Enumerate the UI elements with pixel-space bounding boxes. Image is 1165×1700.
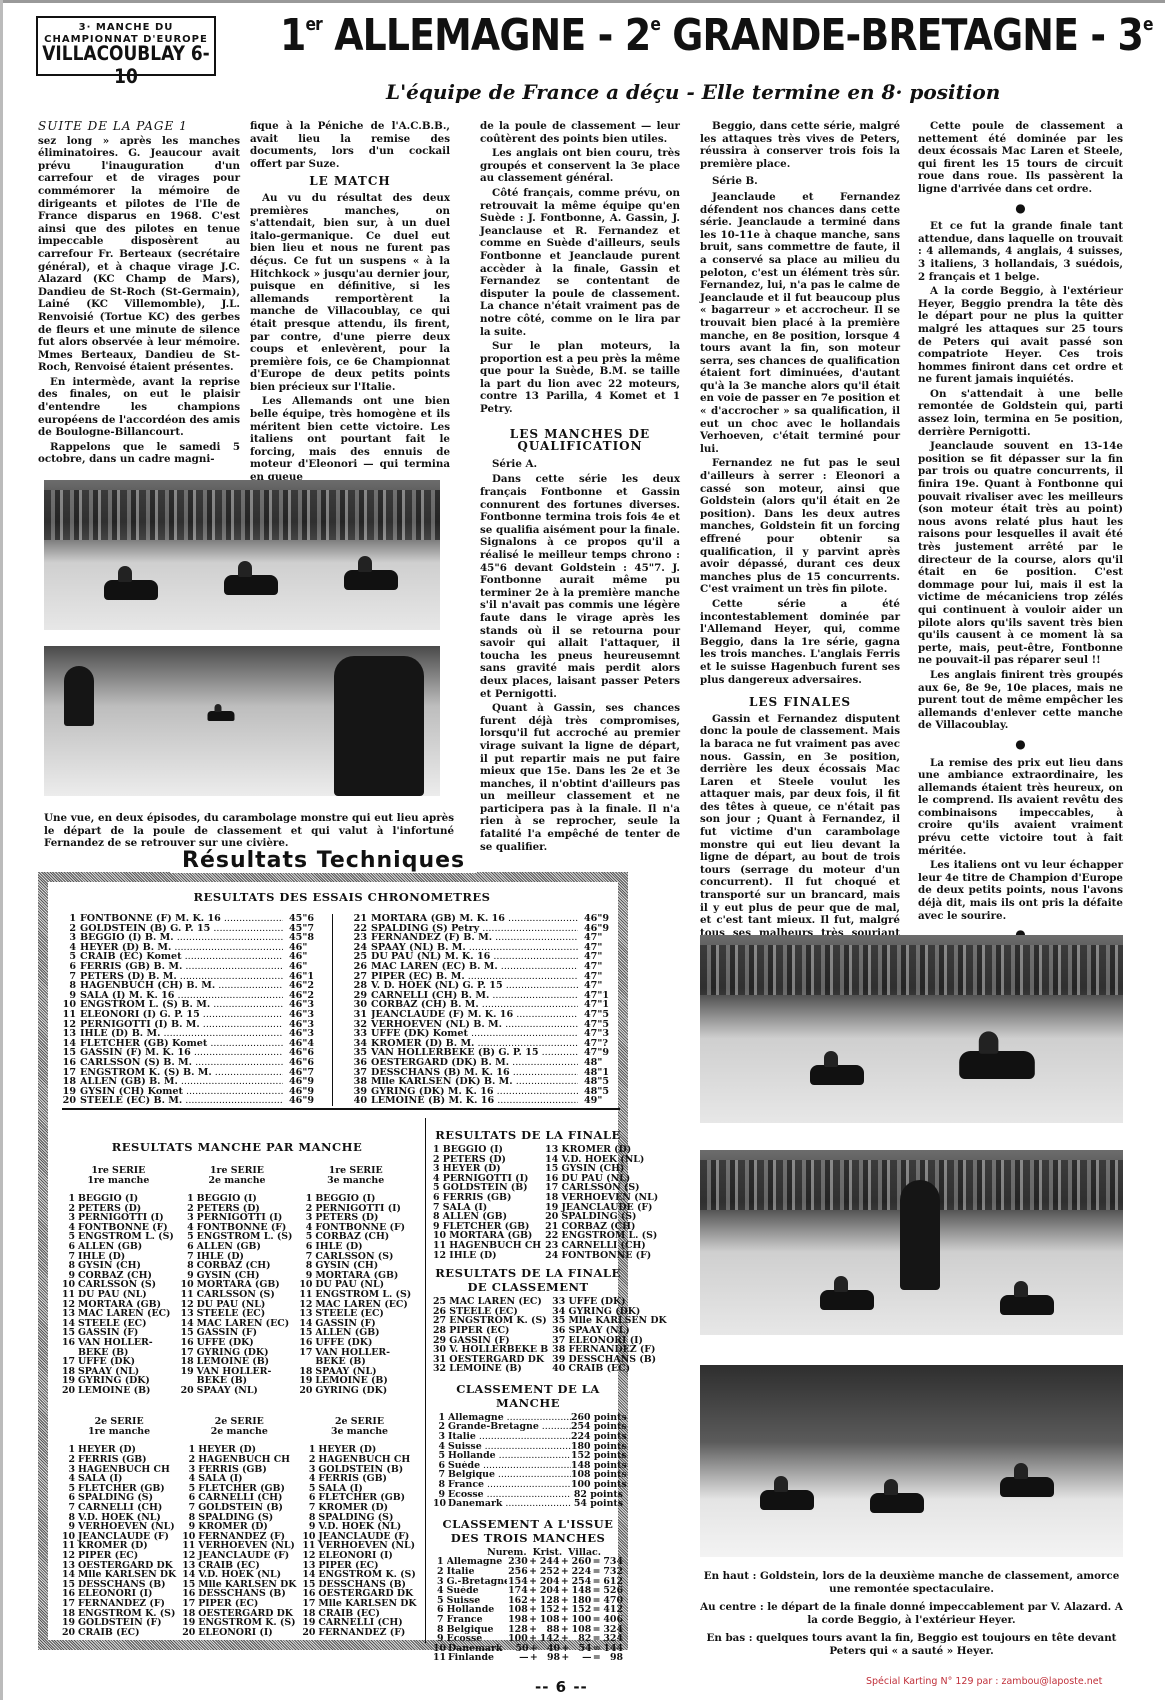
table-row: 5CRAIB (EC) Komet46": [62, 952, 327, 962]
list-item: 17 CARLSSON (S): [545, 1183, 658, 1193]
list-item: 29 GASSIN (F): [433, 1336, 548, 1346]
photo-crash-episode-2: [44, 646, 440, 796]
driver-name: LEMOINE (B): [78, 1385, 150, 1396]
table-row: 9SALA (I) M. K. 1646"2: [62, 991, 327, 1001]
kart-shape: [224, 575, 278, 595]
manche-block: 2e SERIE1re manche1HEYER (D)2FERRIS (GB)…: [62, 1417, 176, 1637]
page-headline: 1er ALLEMAGNE - 2e GRANDE-BRETAGNE - 3e …: [280, 14, 1037, 58]
rank: 20: [302, 1628, 315, 1638]
driver-entry: FLETCHER (GB) Komet: [80, 1039, 283, 1049]
article-column-3: de la poule de classement — leur coûtère…: [480, 120, 680, 855]
lap-time: 47"5: [578, 1010, 622, 1020]
badge-line-1: 3· MANCHE DU: [38, 22, 214, 34]
rank: 19: [181, 1367, 194, 1377]
table-row: 40LEMOINE (B) M. K. 1649": [353, 1096, 622, 1106]
lap-time: 48": [578, 1058, 622, 1068]
lap-time: 47"1: [578, 991, 622, 1001]
headline-rank-1-suffix: er: [305, 14, 321, 35]
manche-label: 3e manche: [299, 1176, 412, 1186]
rank: 14: [62, 1039, 76, 1049]
serie-a-label: Série A.: [480, 458, 680, 471]
list-item: 33 UFFE (DK): [552, 1297, 667, 1307]
lap-time: 47": [578, 981, 622, 991]
list-item: 20CRAIB (EC): [62, 1628, 176, 1638]
rank: 6: [62, 962, 76, 972]
table-row: 39GYRING (DK) M. K. 1648"5: [353, 1087, 622, 1097]
essais-right-column: 21MORTARA (GB) M. K. 1646"922SPALDING (S…: [332, 914, 622, 1106]
plus-sign: +: [560, 1653, 571, 1663]
rank: 20: [182, 1628, 195, 1638]
paragraph: fique à la Péniche de l'A.C.B.B., avait …: [250, 120, 450, 170]
country: Suède: [447, 1586, 507, 1596]
driver-entry: ENGSTROM K. (S) B. M.: [80, 1068, 283, 1078]
headline-rank-3-suffix: e: [1143, 14, 1153, 35]
table-row: 29CARNELLI (CH) B. M.47"1: [353, 991, 622, 1001]
lap-time: 46"2: [283, 981, 327, 991]
rank: 3: [62, 933, 76, 943]
driver-entry: MORTARA (GB) M. K. 16: [371, 914, 578, 924]
manche-block-heading: 2e SERIE1re manche: [62, 1417, 176, 1437]
lap-time: 46"3: [283, 1000, 327, 1010]
country: Suisse: [447, 1596, 507, 1606]
table-row: 26MAC LAREN (EC) B. M.47": [353, 962, 622, 972]
paragraph: Cette poule de classement a nettement ét…: [918, 120, 1123, 196]
kart-shape: [104, 580, 158, 600]
lap-time: 45"6: [283, 914, 327, 924]
event-badge: 3· MANCHE DU CHAMPIONNAT D'EUROPE VILLAC…: [36, 16, 216, 76]
list-item: 11 HAGENBUCH CH: [433, 1241, 541, 1251]
list-item: 24 FONTBONNE (F): [545, 1251, 658, 1261]
country: Belgique: [448, 1470, 571, 1480]
photo-person-figure: [64, 666, 94, 726]
headline-rank-3: 3: [1118, 10, 1143, 61]
article-column-4: Beggio, dans cette série, malgré les att…: [700, 120, 900, 992]
article-column-5: Cette poule de classement a nettement ét…: [918, 120, 1123, 974]
finale-classement-table: 25 MAC LAREN (EC)26 STEELE (EC)27 ENGSTR…: [433, 1297, 623, 1374]
results-title: Résultats Techniques: [170, 848, 477, 873]
manche-block: 2e SERIE2e manche1HEYER (D)2HAGENBUCH CH…: [182, 1417, 296, 1637]
rank: 40: [353, 1096, 367, 1106]
paragraph: Jeanclaude souvent en 13-14e position se…: [918, 440, 1123, 667]
list-item: 20LEMOINE (B): [62, 1386, 175, 1396]
table-row: 20STEELE (EC) B. M.46"9: [62, 1096, 327, 1106]
table-row: 10ENGSTROM L. (S) B. M.46"3: [62, 1000, 327, 1010]
list-item: 36 SPAAY (NL): [552, 1326, 667, 1336]
manche-block-heading: 2e SERIE2e manche: [182, 1417, 296, 1437]
driver-entry: ALLEN (GB) B. M.: [80, 1077, 283, 1087]
lap-time: 48"5: [578, 1087, 622, 1097]
paragraph: Dans cette série les deux français Fontb…: [480, 473, 680, 700]
rank: 38: [353, 1077, 367, 1087]
driver-entry: V. D. HOEK (NL) G. P. 15: [371, 981, 578, 991]
points: 54 points: [571, 1499, 623, 1509]
kart-shape: [1000, 1295, 1054, 1315]
rank: 29: [353, 991, 367, 1001]
country: France: [448, 1480, 571, 1490]
finale-table: 1 BEGGIO (I)2 PETERS (D)3 HEYER (D)4 PER…: [433, 1145, 623, 1260]
driver-name: GYRING (DK): [315, 1385, 387, 1396]
list-item: 25 MAC LAREN (EC): [433, 1297, 548, 1307]
photo-goldstein-remontee: [700, 935, 1123, 1123]
lap-time: 46": [283, 962, 327, 972]
lap-time: 46"9: [578, 924, 622, 934]
driver-entry: DESSCHANS (B) M. K. 16: [371, 1068, 578, 1078]
kart-shape: [208, 711, 235, 721]
lap-time: 48"1: [578, 1068, 622, 1078]
lap-time: 46"3: [283, 1020, 327, 1030]
lap-time: 47": [578, 933, 622, 943]
table-row: 30CORBAZ (CH) B. M.47"1: [353, 1000, 622, 1010]
headline-rank-2: 2: [625, 10, 650, 61]
classement-trois-heading: CLASSEMENT A L'ISSUE DES TROIS MANCHES: [433, 1517, 623, 1545]
page-subheadline: L'équipe de France a déçu - Elle termine…: [386, 80, 1000, 104]
table-row: 8HAGENBUCH (CH) B. M.46"2: [62, 981, 327, 991]
driver-entry: STEELE (EC) B. M.: [80, 1096, 283, 1106]
scan-credit: Spécial Karting N° 129 par : zambou@lapo…: [866, 1676, 1102, 1687]
finale-classement-left-column: 25 MAC LAREN (EC)26 STEELE (EC)27 ENGSTR…: [433, 1297, 548, 1374]
driver-entry: GASSIN (F) M. K. 16: [80, 1048, 283, 1058]
table-row: 36OESTERGARD (DK) B. M.48": [353, 1058, 622, 1068]
rank: 39: [353, 1087, 367, 1097]
list-item: 20 SPALDING (S): [545, 1212, 658, 1222]
list-item: 14 V.D. HOEK (NL): [545, 1155, 658, 1165]
driver-entry: BEGGIO (I) B. M.: [80, 933, 283, 943]
rank: 37: [353, 1068, 367, 1078]
table-row: 7PETERS (D) B. M.46"1: [62, 972, 327, 982]
paragraph: Côté français, comme prévu, on retrouvai…: [480, 187, 680, 338]
score-kristianstad: 98: [539, 1653, 560, 1663]
country: Allemagne: [447, 1557, 507, 1567]
country: Suède: [448, 1461, 571, 1471]
rank: 8: [62, 981, 76, 991]
rank: 20: [62, 1628, 75, 1638]
lap-time: 46"9: [578, 914, 622, 924]
essais-heading: RESULTATS DES ESSAIS CHRONOMETRES: [62, 890, 622, 904]
list-item: 10 MORTARA (GB): [433, 1231, 541, 1241]
list-item: 6 FERRIS (GB): [433, 1193, 541, 1203]
kart-shape: [820, 1290, 874, 1310]
rank: 12: [62, 1020, 76, 1030]
manche-block-heading: 2e SERIE3e manche: [302, 1417, 416, 1437]
list-item: 8 ALLEN (GB): [433, 1212, 541, 1222]
rank: 16: [62, 1338, 75, 1348]
rank: 11: [62, 1010, 76, 1020]
photo-finale-start: [700, 1150, 1123, 1335]
driver-entry: GYRING (DK) M. K. 16: [371, 1087, 578, 1097]
classement-trois-rows: 1Allemagne230+244+260=7342Italie256+252+…: [433, 1557, 623, 1663]
paragraph: Les anglais finirent très groupés aux 6e…: [918, 669, 1123, 732]
driver-entry: VAN HOLLERBEKE (B) G. P. 15: [371, 1048, 578, 1058]
table-row: 25DU PAU (NL) M. K. 1647": [353, 952, 622, 962]
list-item: 35 Mlle KARLSEN DK: [552, 1316, 667, 1326]
rank: 26: [353, 962, 367, 972]
lap-time: 45"8: [283, 933, 327, 943]
table-row: 23FERNANDEZ (F) B. M.47": [353, 933, 622, 943]
finale-heading: RESULTATS DE LA FINALE: [433, 1128, 623, 1142]
paragraph: On s'attendait à une belle remontée de G…: [918, 388, 1123, 438]
photo-person-figure: [334, 656, 424, 796]
manche-block-heading: 1re SERIE3e manche: [299, 1166, 412, 1186]
table-row: 37DESSCHANS (B) M. K. 1648"1: [353, 1068, 622, 1078]
classement-trois-heading-line-2: DES TROIS MANCHES: [433, 1531, 623, 1545]
driver-name: ELEONORI (I): [198, 1627, 272, 1638]
resultats-manche-par-manche: RESULTATS MANCHE PAR MANCHE 1re SERIE1re…: [62, 1140, 412, 1637]
headline-team-1: ALLEMAGNE: [334, 10, 585, 61]
rank: 20: [62, 1096, 76, 1106]
finale-classement-right-column: 33 UFFE (DK)34 GYRING (DK)35 Mlle KARLSE…: [552, 1297, 667, 1374]
serie-b-label: Série B.: [700, 175, 900, 188]
photo-captions-right: En haut : Goldstein, lors de la deuxième…: [700, 1570, 1123, 1664]
rank: 15: [62, 1048, 76, 1058]
driver-entry: GOLDSTEIN (B) G. P. 15: [80, 924, 283, 934]
list-item: 1 BEGGIO (I): [433, 1145, 541, 1155]
country: Ecosse: [447, 1634, 507, 1644]
paragraph: Quant à Gassin, ses chances furent déjà …: [480, 702, 680, 853]
paragraph: Fernandez ne fut pas le seul d'ailleurs …: [700, 457, 900, 596]
lap-time: 46"3: [283, 1010, 327, 1020]
finale-right-column: 13 KROMER (D)14 V.D. HOEK (NL)15 GYSIN (…: [545, 1145, 658, 1260]
kart-shape: [810, 1065, 864, 1085]
driver-entry: KROMER (D) B. M.: [371, 1039, 578, 1049]
driver-entry: MAC LAREN (EC) B. M.: [371, 962, 578, 972]
table-row: 32VERHOEVEN (NL) B. M.47"5: [353, 1020, 622, 1030]
rank: 34: [353, 1039, 367, 1049]
rank: 20: [299, 1386, 312, 1396]
rank: 20: [62, 1386, 75, 1396]
lap-time: 46"6: [283, 1048, 327, 1058]
driver-entry: UFFE (DK) Komet: [371, 1029, 578, 1039]
driver-entry: PIPER (EC) B. M.: [371, 972, 578, 982]
kart-shape: [959, 1051, 1035, 1079]
table-row: 16CARLSSON (S) B. M.46"6: [62, 1058, 327, 1068]
paragraph: Sur le plan moteurs, la proportion est a…: [480, 340, 680, 416]
lap-time: 46"9: [283, 1077, 327, 1087]
rank: 10: [62, 1000, 76, 1010]
table-row: 27PIPER (EC) B. M.47": [353, 972, 622, 982]
rank: 16: [62, 1058, 76, 1068]
manche-block: 1re SERIE1re manche1BEGGIO (I)2PETERS (D…: [62, 1166, 175, 1395]
table-row: 3BEGGIO (I) B. M.45"8: [62, 933, 327, 943]
table-row: 24SPAAY (NL) B. M.47": [353, 943, 622, 953]
list-item: 19 JEANCLAUDE (F): [545, 1203, 658, 1213]
lap-time: 48"5: [578, 1077, 622, 1087]
list-item: 30 V. HOLLERBEKE B: [433, 1345, 548, 1355]
table-row: 34KROMER (D) B. M.47"?: [353, 1039, 622, 1049]
manche-label: 1re manche: [62, 1427, 176, 1437]
lap-time: 47"5: [578, 1020, 622, 1030]
lap-time: 46": [283, 952, 327, 962]
driver-entry: SALA (I) M. K. 16: [80, 991, 283, 1001]
list-item: 37 ELEONORI (I): [552, 1336, 667, 1346]
table-row: 13IHLE (D) B. M.46"3: [62, 1029, 327, 1039]
list-item: 26 STEELE (EC): [433, 1307, 548, 1317]
paragraph: A la corde Beggio, à l'extérieur Heyer, …: [918, 285, 1123, 386]
rank: 10: [433, 1499, 445, 1509]
list-item: 28 PIPER (EC): [433, 1326, 548, 1336]
driver-name: SPAAY (NL): [197, 1385, 258, 1396]
lap-time: 46"1: [283, 972, 327, 982]
list-item: 9 FLETCHER (GB): [433, 1222, 541, 1232]
table-row: 17ENGSTROM K. (S) B. M.46"7: [62, 1068, 327, 1078]
list-item: 13 KROMER (D): [545, 1145, 658, 1155]
driver-entry: SPAAY (NL) B. M.: [371, 943, 578, 953]
classement-manche-heading: CLASSEMENT DE LA MANCHE: [433, 1382, 623, 1410]
rank: 35: [353, 1048, 367, 1058]
manche-block-heading: 1re SERIE2e manche: [181, 1166, 294, 1186]
lap-time: 47": [578, 972, 622, 982]
manche-heading: RESULTATS MANCHE PAR MANCHE: [62, 1140, 412, 1154]
country: Suisse: [448, 1442, 571, 1452]
rank: 31: [353, 1010, 367, 1020]
table-row: 15GASSIN (F) M. K. 1646"6: [62, 1048, 327, 1058]
lap-time: 46": [283, 943, 327, 953]
country: Hollande: [448, 1451, 571, 1461]
driver-name: FERNANDEZ (F): [318, 1627, 405, 1638]
list-item: 22 ENGSTROM L. (S): [545, 1231, 658, 1241]
score-nuremberg: —: [508, 1653, 529, 1663]
headline-team-2: GRANDE-BRETAGNE: [672, 10, 1078, 61]
rank: 22: [353, 924, 367, 934]
paragraph: Les Allemands ont une bien belle équipe,…: [250, 395, 450, 483]
essais-left-column: 1FONTBONNE (F) M. K. 1645"62GOLDSTEIN (B…: [62, 914, 327, 1106]
kart-shape: [870, 1493, 924, 1513]
rank: 7: [62, 972, 76, 982]
table-row: 6FERRIS (GB) B. M.46": [62, 962, 327, 972]
section-bullet: ●: [918, 202, 1123, 215]
list-item: 7 SALA (I): [433, 1203, 541, 1213]
rank: 33: [353, 1029, 367, 1039]
rank: 17: [62, 1068, 76, 1078]
list-item: 15 GYSIN (CH): [545, 1164, 658, 1174]
lap-time: 47"9: [578, 1048, 622, 1058]
driver-entry: ELEONORI (I) G. P. 15: [80, 1010, 283, 1020]
photo-caption-left: Une vue, en deux épisodes, du carambolag…: [44, 812, 454, 850]
table-row: 28V. D. HOEK (NL) G. P. 1547": [353, 981, 622, 991]
finale-classement-heading: RESULTATS DE LA FINALE DE CLASSEMENT: [433, 1266, 623, 1294]
driver-entry: LEMOINE (B) M. K. 16: [371, 1096, 578, 1106]
rank: 36: [353, 1058, 367, 1068]
photo-crash-episode-1: [44, 480, 440, 630]
list-item: 12 IHLE (D): [433, 1251, 541, 1261]
manche-block: 1re SERIE3e manche1BEGGIO (I)2PERNIGOTTI…: [299, 1166, 412, 1395]
country: Hollande: [447, 1605, 507, 1615]
driver-entry: ENGSTROM L. (S) B. M.: [80, 1000, 283, 1010]
driver-entry: GYSIN (CH) Komet: [80, 1087, 283, 1097]
table-row: 38Mlle KARLSEN (DK) B. M.48"5: [353, 1077, 622, 1087]
list-item: 39 DESSCHANS (B): [552, 1355, 667, 1365]
results-vertical-divider: [425, 1118, 426, 1643]
table-row: 19GYSIN (CH) Komet46"9: [62, 1087, 327, 1097]
country: Ecosse: [448, 1490, 571, 1500]
photo-caption-top: En haut : Goldstein, lors de la deuxième…: [700, 1570, 1123, 1595]
rank: 18: [62, 1077, 76, 1087]
article-column-2: fique à la Péniche de l'A.C.B.B., avait …: [250, 120, 450, 486]
paragraph: En intermède, avant la reprise des final…: [38, 376, 240, 439]
classement-trois-heading-line-1: CLASSEMENT A L'ISSUE: [433, 1517, 623, 1531]
lap-time: 47": [578, 962, 622, 972]
paragraph: Les italiens ont vu leur échapper leur 4…: [918, 859, 1123, 922]
paragraph: Beggio, dans cette série, malgré les att…: [700, 120, 900, 170]
list-item: 40 CRAIB (EC): [552, 1364, 667, 1374]
section-heading-qualification: LES MANCHES DE QUALIFICATION: [480, 428, 680, 453]
lap-time: 46"3: [283, 1029, 327, 1039]
lap-time: 45"7: [283, 924, 327, 934]
left-border: [0, 0, 3, 1700]
manche-label: 2e manche: [182, 1427, 296, 1437]
paragraph: de la poule de classement — leur coûtère…: [480, 120, 680, 145]
table-row: 12PERNIGOTTI (I) B. M.46"3: [62, 1020, 327, 1030]
manche-label: 3e manche: [302, 1427, 416, 1437]
equals-sign: =: [592, 1653, 603, 1663]
list-item: 18 VERHOEVEN (NL): [545, 1193, 658, 1203]
list-item: 31 OESTERGARD DK: [433, 1355, 548, 1365]
top-border: [0, 0, 1165, 3]
table-row: 10Danemark54 points: [433, 1499, 623, 1509]
rank: 5: [62, 952, 76, 962]
headline-separator: -: [585, 10, 624, 61]
list-item: 4 PERNIGOTTI (I): [433, 1174, 541, 1184]
headline-rank-1: 1: [280, 10, 305, 61]
rank: 30: [353, 1000, 367, 1010]
country: Finlande: [448, 1653, 508, 1663]
rank: 1: [62, 914, 76, 924]
photo-caption-center: Au centre : le départ de la finale donné…: [700, 1601, 1123, 1626]
rank: 27: [353, 972, 367, 982]
rank: 32: [353, 1020, 367, 1030]
section-heading-finales: LES FINALES: [700, 696, 900, 709]
manche-label: 1re manche: [62, 1176, 175, 1186]
country: G.-Bretagne: [447, 1577, 507, 1587]
paragraph: Au vu du résultat des deux premières man…: [250, 192, 450, 394]
list-item: 23 CARNELLI (CH): [545, 1241, 658, 1251]
table-row: 22SPALDING (S) Petry46"9: [353, 924, 622, 934]
lap-time: 47"3: [578, 1029, 622, 1039]
driver-entry: IHLE (D) B. M.: [80, 1029, 283, 1039]
driver-entry: FERRIS (GB) B. M.: [80, 962, 283, 972]
kart-shape: [344, 570, 398, 590]
manche-grid-serie-1: 1re SERIE1re manche1BEGGIO (I)2PETERS (D…: [62, 1166, 412, 1395]
finale-left-column: 1 BEGGIO (I)2 PETERS (D)3 HEYER (D)4 PER…: [433, 1145, 541, 1260]
list-item: 38 FERNANDEZ (F): [552, 1345, 667, 1355]
driver-entry: JEANCLAUDE (F) M. K. 16: [371, 1010, 578, 1020]
headline-separator: -: [1078, 10, 1117, 61]
photo-crowd: [44, 490, 440, 540]
photo-crowd: [700, 945, 1123, 995]
table-row: 2GOLDSTEIN (B) G. P. 1545"7: [62, 924, 327, 934]
table-row: 11ELEONORI (I) G. P. 1546"3: [62, 1010, 327, 1020]
finale-classement-heading-line-2: DE CLASSEMENT: [433, 1280, 623, 1294]
badge-line-3: VILLACOUBLAY 6-10: [38, 44, 214, 89]
plus-sign: +: [529, 1653, 540, 1663]
lap-time: 47": [578, 943, 622, 953]
list-item: 20SPAAY (NL): [181, 1386, 294, 1396]
country: Italie: [447, 1567, 507, 1577]
rank: 9: [62, 991, 76, 1001]
rank: 11: [433, 1653, 445, 1663]
paragraph: Les anglais ont bien couru, très groupés…: [480, 147, 680, 185]
classement-manche-table: 1Allemagne260 points2Grande-Bretagne254 …: [433, 1413, 623, 1509]
lap-time: 46"9: [283, 1087, 327, 1097]
list-item: 20GYRING (DK): [299, 1386, 412, 1396]
paragraph: La remise des prix eut lieu dans une amb…: [918, 757, 1123, 858]
country: Grande-Bretagne: [448, 1422, 571, 1432]
table-row: 33UFFE (DK) Komet47"3: [353, 1029, 622, 1039]
rank: 13: [62, 1029, 76, 1039]
lap-time: 46"7: [283, 1068, 327, 1078]
table-row: 18ALLEN (GB) B. M.46"9: [62, 1077, 327, 1087]
total-score: 98: [602, 1653, 623, 1663]
driver-entry: CORBAZ (CH) B. M.: [371, 1000, 578, 1010]
